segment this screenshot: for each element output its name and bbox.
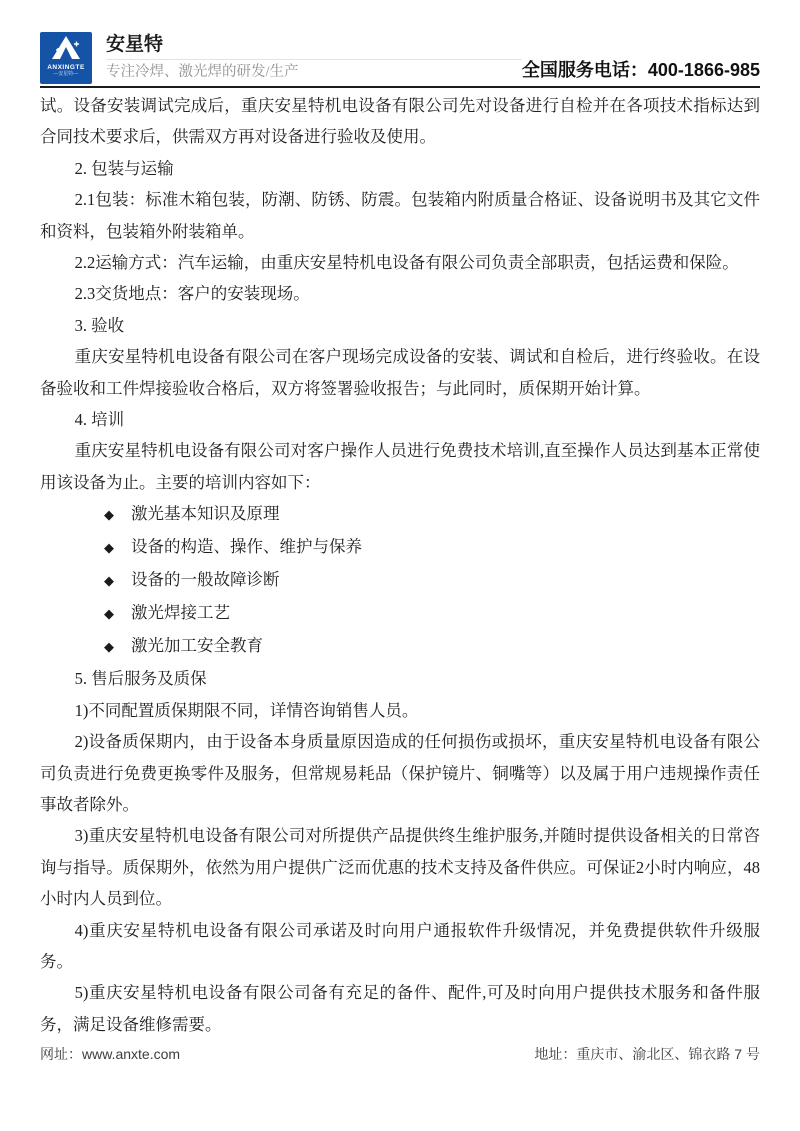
bullet-item: ◆设备的一般故障诊断	[104, 564, 760, 597]
diamond-bullet-icon: ◆	[104, 565, 114, 597]
logo-wordmark: ANXINGTE	[47, 64, 85, 71]
anxingte-logo: ANXINGTE —安星特—	[40, 32, 92, 84]
mountain-logo-icon	[49, 32, 83, 63]
diamond-bullet-icon: ◆	[104, 532, 114, 564]
bullet-text: 设备的构造、操作、维护与保养	[131, 531, 362, 563]
paragraph: 5)重庆安星特机电设备有限公司备有充足的备件、配件,可及时向用户提供技术服务和备…	[40, 977, 760, 1040]
section-heading: 5. 售后服务及质保	[40, 663, 760, 694]
bullet-text: 激光基本知识及原理	[131, 498, 280, 530]
service-phone: 全国服务电话：400-1866-985	[522, 59, 760, 84]
diamond-bullet-icon: ◆	[104, 631, 114, 663]
paragraph: 重庆安星特机电设备有限公司在客户现场完成设备的安装、调试和自检后，进行终验收。在…	[40, 341, 760, 404]
section-heading: 3. 验收	[40, 310, 760, 341]
bullet-text: 激光焊接工艺	[131, 597, 230, 629]
paragraph: 1)不同配置质保期限不同，详情咨询销售人员。	[40, 695, 760, 726]
document-body: 试。设备安装调试完成后，重庆安星特机电设备有限公司先对设备进行自检并在各项技术指…	[40, 90, 760, 1040]
paragraph: 2.3交货地点：客户的安装现场。	[40, 278, 760, 309]
section-heading: 2. 包装与运输	[40, 153, 760, 184]
paragraph: 3)重庆安星特机电设备有限公司对所提供产品提供终生维护服务,并随时提供设备相关的…	[40, 820, 760, 914]
brand-block: 安星特 专注冷焊、激光焊的研发/生产	[106, 32, 522, 84]
page-footer: 网址：www.anxte.com 地址：重庆市、渝北区、锦衣路 7 号	[40, 1044, 760, 1064]
brand-tagline: 专注冷焊、激光焊的研发/生产	[106, 62, 522, 84]
diamond-bullet-icon: ◆	[104, 499, 114, 531]
bullet-item: ◆激光基本知识及原理	[104, 498, 760, 531]
brand-title: 安星特	[106, 32, 522, 60]
bullet-text: 激光加工安全教育	[131, 630, 263, 662]
footer-address: 地址：重庆市、渝北区、锦衣路 7 号	[534, 1044, 760, 1064]
bullet-text: 设备的一般故障诊断	[131, 564, 280, 596]
bullet-item: ◆激光加工安全教育	[104, 630, 760, 663]
document-page: ANXINGTE —安星特— 安星特 专注冷焊、激光焊的研发/生产 全国服务电话…	[0, 0, 800, 1131]
section-heading: 4. 培训	[40, 404, 760, 435]
page-header: ANXINGTE —安星特— 安星特 专注冷焊、激光焊的研发/生产 全国服务电话…	[40, 32, 760, 88]
paragraph: 2.2运输方式：汽车运输，由重庆安星特机电设备有限公司负责全部职责，包括运费和保…	[40, 247, 760, 278]
footer-website: 网址：www.anxte.com	[40, 1044, 180, 1064]
logo-subtext: —安星特—	[54, 71, 79, 76]
paragraph: 2.1包装：标准木箱包装，防潮、防锈、防震。包装箱内附质量合格证、设备说明书及其…	[40, 184, 760, 247]
paragraph: 2)设备质保期内，由于设备本身质量原因造成的任何损伤或损坏，重庆安星特机电设备有…	[40, 726, 760, 820]
bullet-item: ◆激光焊接工艺	[104, 597, 760, 630]
bullet-item: ◆设备的构造、操作、维护与保养	[104, 531, 760, 564]
paragraph: 4)重庆安星特机电设备有限公司承诺及时向用户通报软件升级情况，并免费提供软件升级…	[40, 915, 760, 978]
paragraph: 试。设备安装调试完成后，重庆安星特机电设备有限公司先对设备进行自检并在各项技术指…	[40, 90, 760, 153]
diamond-bullet-icon: ◆	[104, 598, 114, 630]
paragraph: 重庆安星特机电设备有限公司对客户操作人员进行免费技术培训,直至操作人员达到基本正…	[40, 435, 760, 498]
